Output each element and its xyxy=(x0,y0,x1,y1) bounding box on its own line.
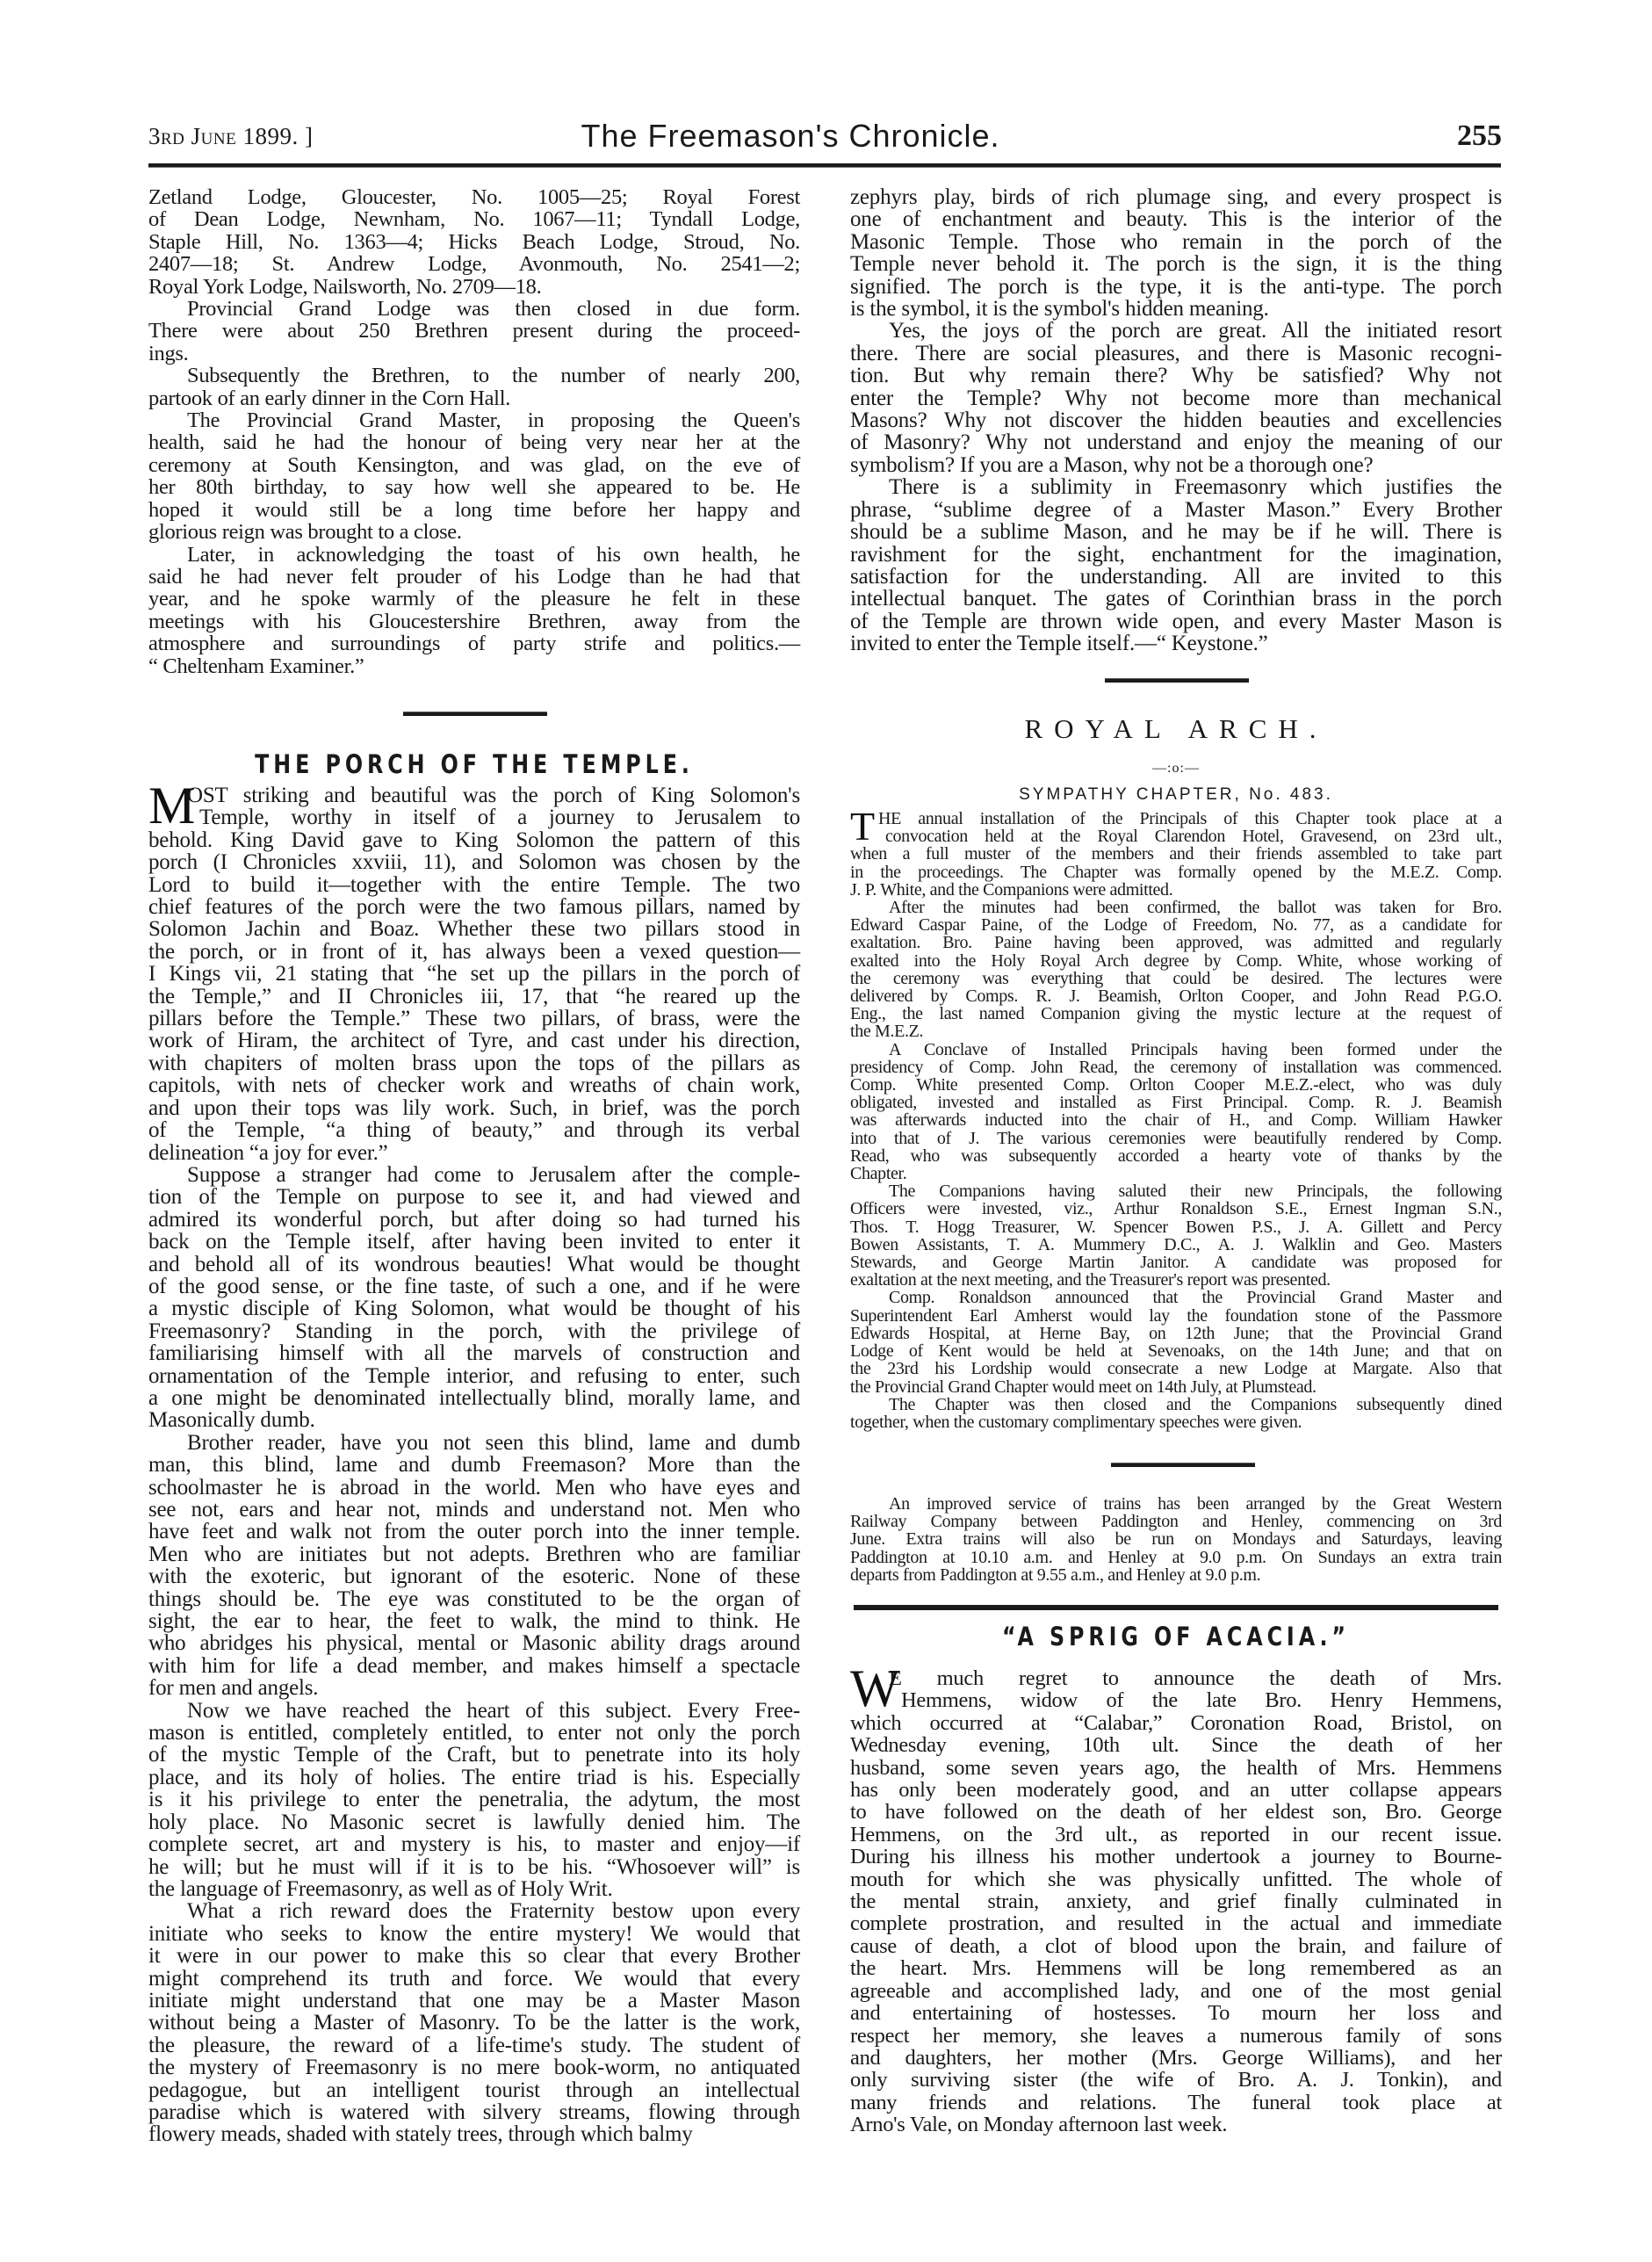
text-line: Royal York Lodge, Nailsworth, No. 2709—1… xyxy=(148,276,800,298)
text-line: E much regret to announce the death of M… xyxy=(850,1667,1502,1689)
text-line: might comprehend its truth and force. We… xyxy=(148,1968,800,1990)
text-line: initiate might understand that one may b… xyxy=(148,1990,800,2012)
text-line: The Companions having saluted their new … xyxy=(850,1182,1502,1200)
text-line: Masons? Why not discover the hidden beau… xyxy=(850,409,1502,431)
text-line: OST striking and beautiful was the porch… xyxy=(148,784,800,806)
text-line: many friends and relations. The funeral … xyxy=(850,2092,1502,2114)
text-line: with chapiters of molten brass upon the … xyxy=(148,1052,800,1074)
text-line: the M.E.Z. xyxy=(850,1023,1502,1040)
text-line: 2407—18; St. Andrew Lodge, Avonmouth, No… xyxy=(148,253,800,275)
text-line: J. P. White, and the Companions were adm… xyxy=(850,881,1502,899)
text-line: cause of death, a clot of blood upon the… xyxy=(850,1935,1502,1957)
text-line: “ Cheltenham Examiner.” xyxy=(148,655,800,677)
text-line: health, said he had the honour of being … xyxy=(148,431,800,453)
text-line: year, and he spoke warmly of the pleasur… xyxy=(148,588,800,610)
text-line: delineation “a joy for ever.” xyxy=(148,1142,800,1164)
lodge-report-continued: Zetland Lodge, Gloucester, No. 1005—25; … xyxy=(148,186,800,677)
text-line: pedagogue, but an intelligent tourist th… xyxy=(148,2079,800,2101)
royal-arch-lines: HE annual installation of the Principals… xyxy=(850,810,1502,1431)
text-line: into that of J. The various ceremonies w… xyxy=(850,1130,1502,1147)
publication-title: The Freemason's Chronicle. xyxy=(562,118,1019,155)
text-line: Arno's Vale, on Monday afternoon last we… xyxy=(850,2114,1502,2136)
text-line: porch (I Chronicles xxviii, 11), and Sol… xyxy=(148,851,800,873)
text-line: tion of the Temple on purpose to see it,… xyxy=(148,1186,800,1208)
text-line: An improved service of trains has been a… xyxy=(850,1495,1502,1513)
text-line: who abridges his physical, mental or Mas… xyxy=(148,1632,800,1654)
text-line: and upon their tops was lily work. Such,… xyxy=(148,1097,800,1119)
subheading-sympathy-chapter: SYMPATHY CHAPTER, No. 483. xyxy=(850,785,1502,805)
text-line: and daughters, her mother (Mrs. George W… xyxy=(850,2047,1502,2069)
text-line: Bowen Assistants, T. A. Mummery D.C., A.… xyxy=(850,1236,1502,1254)
section-rule-thick xyxy=(854,1605,1498,1610)
drop-cap: M xyxy=(148,779,195,832)
text-line: for men and angels. xyxy=(148,1677,800,1699)
text-line: ceremony at South Kensington, and was gl… xyxy=(148,454,800,476)
text-line: complete secret, art and mystery is his,… xyxy=(148,1833,800,1855)
text-line: Officers were invested, viz., Arthur Ron… xyxy=(850,1200,1502,1218)
text-line: and behold all of its wondrous beauties!… xyxy=(148,1254,800,1276)
text-line: I Kings vii, 21 stating that “he set up … xyxy=(148,963,800,985)
text-line: During his illness his mother undertook … xyxy=(850,1846,1502,1868)
text-line: Read, who was subsequently accorded a he… xyxy=(850,1147,1502,1165)
ornament-divider: —:o:— xyxy=(850,761,1502,777)
text-line: Wednesday evening, 10th ult. Since the d… xyxy=(850,1734,1502,1756)
text-line: of Masonry? Why not understand and enjoy… xyxy=(850,431,1502,453)
text-line: with him for life a dead member, and mak… xyxy=(148,1655,800,1677)
text-line: the language of Freemasonry, as well as … xyxy=(148,1878,800,1900)
text-line: to have followed on the death of her eld… xyxy=(850,1801,1502,1823)
text-line: the Provincial Grand Chapter would meet … xyxy=(850,1378,1502,1396)
text-line: Lodge of Kent would be held at Sevenoaks… xyxy=(850,1342,1502,1360)
text-line: Paddington at 10.10 a.m. and Henley at 9… xyxy=(850,1549,1502,1566)
text-line: glorious reign was brought to a close. xyxy=(148,521,800,543)
text-line: of Dean Lodge, Newnham, No. 1067—11; Tyn… xyxy=(148,208,800,230)
text-line: Zetland Lodge, Gloucester, No. 1005—25; … xyxy=(148,186,800,208)
text-line: flowery meads, shaded with stately trees… xyxy=(148,2123,800,2145)
text-line: intellectual banquet. The gates of Corin… xyxy=(850,588,1502,610)
section-heading-royal-arch: ROYAL ARCH. xyxy=(850,713,1502,745)
article-heading-acacia: “A SPRIG OF ACACIA.” xyxy=(909,1622,1443,1651)
text-line: Edward Caspar Paine, of the Lodge of Fre… xyxy=(850,916,1502,934)
porch-article-lines: OST striking and beautiful was the porch… xyxy=(148,784,800,2146)
text-line: familiarising himself with all the marve… xyxy=(148,1342,800,1364)
header-rule xyxy=(148,163,1501,168)
text-line: there. There are social pleasures, and t… xyxy=(850,343,1502,365)
text-line: Superintendent Earl Amherst would lay th… xyxy=(850,1307,1502,1325)
text-line: and entertaining of hostesses. To mourn … xyxy=(850,2002,1502,2024)
obituary-lines: E much regret to announce the death of M… xyxy=(850,1667,1502,2136)
text-line: the porch, or in front of it, has always… xyxy=(148,941,800,963)
text-line: enter the Temple? Why not become more th… xyxy=(850,387,1502,409)
text-line: back on the Temple itself, after having … xyxy=(148,1231,800,1253)
text-line: paradise which is watered with silvery s… xyxy=(148,2101,800,2123)
text-line: Now we have reached the heart of this su… xyxy=(148,1700,800,1722)
text-line: place, and its holy of holies. The entir… xyxy=(148,1767,800,1789)
porch-article-continued: zephyrs play, birds of rich plumage sing… xyxy=(850,186,1502,655)
text-line: Masonic Temple. Those who remain in the … xyxy=(850,231,1502,253)
text-line: There is a sublimity in Freemasonry whic… xyxy=(850,476,1502,498)
drop-cap: T xyxy=(850,806,875,847)
text-line: should be a sublime Mason, and he may be… xyxy=(850,521,1502,543)
text-line: mouth for which she was physically unfit… xyxy=(850,1868,1502,1890)
text-line: What a rich reward does the Fraternity b… xyxy=(148,1900,800,1922)
text-line: hoped it would still be a long time befo… xyxy=(148,499,800,521)
text-line: exaltation. Bro. Paine having been appro… xyxy=(850,934,1502,951)
text-line: meetings with his Gloucestershire Brethr… xyxy=(148,611,800,632)
text-line: man, this blind, lame and dumb Freemason… xyxy=(148,1454,800,1476)
text-line: Men who are initiates but not adepts. Br… xyxy=(148,1543,800,1565)
text-line: behold. King David gave to King Solomon … xyxy=(148,829,800,851)
text-line: together, when the customary complimenta… xyxy=(850,1413,1502,1431)
obituary-body: W E much regret to announce the death of… xyxy=(850,1667,1502,2136)
text-line: have feet and walk not from the outer po… xyxy=(148,1521,800,1543)
text-line: the 23rd his Lordship would consecrate a… xyxy=(850,1360,1502,1377)
text-line: A Conclave of Installed Principals havin… xyxy=(850,1041,1502,1059)
text-line: complete prostration, and resulted in th… xyxy=(850,1912,1502,1934)
text-line: pillars before the Temple.” These two pi… xyxy=(148,1008,800,1030)
text-line: HE annual installation of the Principals… xyxy=(850,810,1502,827)
text-line: initiate who seeks to know the entire my… xyxy=(148,1923,800,1945)
text-line: the pleasure, the reward of a life-time'… xyxy=(148,2034,800,2056)
text-line: is it his privilege to enter the penetra… xyxy=(148,1789,800,1810)
text-line: is the symbol, it is the symbol's hidden… xyxy=(850,298,1502,320)
text-line: ravishment for the sight, enchantment fo… xyxy=(850,544,1502,566)
text-line: with the exoteric, but ignorant of the e… xyxy=(148,1565,800,1587)
text-line: tion. But why remain there? Why be satis… xyxy=(850,365,1502,387)
text-line: Provincial Grand Lodge was then closed i… xyxy=(148,298,800,320)
text-line: he will; but he must will if it is to be… xyxy=(148,1856,800,1878)
text-line: in the proceedings. The Chapter was form… xyxy=(850,864,1502,881)
text-line: schoolmaster he is abroad in the world. … xyxy=(148,1477,800,1499)
text-line: was afterwards inducted into the chair o… xyxy=(850,1111,1502,1129)
text-line: respect her memory, she leaves a numerou… xyxy=(850,2025,1502,2047)
text-line: the mystery of Freemasonry is no mere bo… xyxy=(148,2056,800,2078)
text-line: which occurred at “Calabar,” Coronation … xyxy=(850,1712,1502,1734)
text-line: of the Temple, “a thing of beauty,” and … xyxy=(148,1119,800,1141)
text-line: one of enchantment and beauty. This is t… xyxy=(850,208,1502,230)
text-line: only surviving sister (the wife of Bro. … xyxy=(850,2069,1502,2091)
text-line: signified. The porch is the type, it is … xyxy=(850,276,1502,298)
text-line: invited to enter the Temple itself.—“ Ke… xyxy=(850,632,1502,654)
text-line: Temple never behold it. The porch is the… xyxy=(850,253,1502,275)
text-line: Hemmens, widow of the late Bro. Henry He… xyxy=(850,1689,1502,1711)
porch-article-body: M OST striking and beautiful was the por… xyxy=(148,784,800,2146)
text-line: without being a Master of Masonry. To be… xyxy=(148,2012,800,2034)
text-line: mason is entitled, completely entitled, … xyxy=(148,1722,800,1744)
text-line: Suppose a stranger had come to Jerusalem… xyxy=(148,1164,800,1186)
text-line: chief features of the porch were the two… xyxy=(148,896,800,918)
text-line: June. Extra trains will also be run on M… xyxy=(850,1530,1502,1548)
text-line: Temple, worthy in itself of a journey to… xyxy=(148,806,800,828)
text-line: said he had never felt prouder of his Lo… xyxy=(148,566,800,588)
text-line: Stewards, and George Martin Janitor. A c… xyxy=(850,1254,1502,1271)
text-line: it were in our power to make this so cle… xyxy=(148,1945,800,1967)
text-line: Yes, the joys of the porch are great. Al… xyxy=(850,320,1502,342)
text-line: sight, the ear to hear, the feet to walk… xyxy=(148,1610,800,1632)
text-line: Chapter. xyxy=(850,1165,1502,1182)
text-line: capitols, with nets of checker work and … xyxy=(148,1074,800,1096)
text-line: zephyrs play, birds of rich plumage sing… xyxy=(850,186,1502,208)
text-line: agreeable and accomplished lady, and one… xyxy=(850,1980,1502,2002)
text-line: Staple Hill, No. 1363—4; Hicks Beach Lod… xyxy=(148,231,800,253)
text-line: Eng., the last named Companion giving th… xyxy=(850,1005,1502,1023)
text-line: Masonically dumb. xyxy=(148,1409,800,1431)
text-line: atmosphere and surroundings of party str… xyxy=(148,632,800,654)
text-line: a one might be denominated intellectuall… xyxy=(148,1387,800,1409)
text-line: After the minutes had been confirmed, th… xyxy=(850,899,1502,916)
text-line: convocation held at the Royal Clarendon … xyxy=(850,827,1502,845)
royal-arch-report: T HE annual installation of the Principa… xyxy=(850,810,1502,1431)
section-divider xyxy=(1105,678,1249,683)
text-line: symbolism? If you are a Mason, why not b… xyxy=(850,454,1502,476)
text-line: the ceremony was everything that could b… xyxy=(850,970,1502,987)
text-line: Solomon Jachin and Boaz. Whether these t… xyxy=(148,918,800,940)
text-line: Later, in acknowledging the toast of his… xyxy=(148,544,800,566)
text-line: her 80th birthday, to say how well she a… xyxy=(148,476,800,498)
text-line: The Chapter was then closed and the Comp… xyxy=(850,1396,1502,1413)
text-line: the heart. Mrs. Hemmens will be long rem… xyxy=(850,1957,1502,1979)
text-line: when a full muster of the members and th… xyxy=(850,845,1502,863)
section-divider xyxy=(403,712,547,716)
text-line: Brother reader, have you not seen this b… xyxy=(148,1432,800,1454)
text-line: Hemmens, on the 3rd ult., as reported in… xyxy=(850,1824,1502,1846)
section-divider xyxy=(1111,1463,1255,1467)
text-line: work of Hiram, the architect of Tyre, an… xyxy=(148,1030,800,1052)
article-heading-porch: THE PORCH OF THE TEMPLE. xyxy=(207,749,741,779)
text-line: partook of an early dinner in the Corn H… xyxy=(148,387,800,409)
text-line: Lord to build it—together with the entir… xyxy=(148,874,800,896)
text-line: The Provincial Grand Master, in proposin… xyxy=(148,409,800,431)
text-line: Comp. Ronaldson announced that the Provi… xyxy=(850,1289,1502,1306)
drop-cap: W xyxy=(850,1662,899,1715)
text-line: satisfaction for the understanding. All … xyxy=(850,566,1502,588)
text-line: ings. xyxy=(148,343,800,365)
text-line: the mental strain, anxiety, and grief fi… xyxy=(850,1890,1502,1912)
text-line: Comp. White presented Comp. Orlton Coope… xyxy=(850,1076,1502,1094)
text-line: phrase, “sublime degree of a Master Maso… xyxy=(850,499,1502,521)
text-line: departs from Paddington at 9.55 a.m., an… xyxy=(850,1566,1502,1584)
text-line: exaltation at the next meeting, and the … xyxy=(850,1271,1502,1289)
text-line: has only been moderately good, and an ut… xyxy=(850,1779,1502,1801)
text-line: Thos. T. Hogg Treasurer, W. Spencer Bowe… xyxy=(850,1218,1502,1236)
text-line: see not, ears and hear not, minds and un… xyxy=(148,1499,800,1521)
text-line: delivered by Comps. R. J. Beamish, Orlto… xyxy=(850,987,1502,1005)
text-line: Edwards Hospital, at Herne Bay, on 12th … xyxy=(850,1325,1502,1342)
text-line: admired its wonderful porch, but after d… xyxy=(148,1209,800,1231)
text-line: things should be. The eye was constitute… xyxy=(148,1588,800,1610)
text-line: husband, some seven years ago, the healt… xyxy=(850,1757,1502,1779)
train-service-notice: An improved service of trains has been a… xyxy=(850,1495,1502,1584)
page-number: 255 xyxy=(1432,119,1502,153)
text-line: holy place. No Masonic secret is lawfull… xyxy=(148,1811,800,1833)
text-line: Railway Company between Paddington and H… xyxy=(850,1513,1502,1530)
issue-date: 3rd June 1899. ] xyxy=(148,123,313,150)
text-line: a mystic disciple of King Solomon, what … xyxy=(148,1297,800,1319)
text-line: of the Temple are thrown wide open, and … xyxy=(850,611,1502,632)
text-line: ornamentation of the Temple interior, an… xyxy=(148,1365,800,1387)
text-line: exalted into the Holy Royal Arch degree … xyxy=(850,952,1502,970)
text-line: obligated, invested and installed as Fir… xyxy=(850,1094,1502,1111)
text-line: There were about 250 Brethren present du… xyxy=(148,320,800,342)
text-line: Freemasonry? Standing in the porch, with… xyxy=(148,1320,800,1342)
text-line: the Temple,” and II Chronicles iii, 17, … xyxy=(148,986,800,1008)
text-line: Subsequently the Brethren, to the number… xyxy=(148,365,800,387)
text-line: of the good sense, or the fine taste, of… xyxy=(148,1276,800,1297)
text-line: of the mystic Temple of the Craft, but t… xyxy=(148,1744,800,1766)
text-line: presidency of Comp. John Read, the cerem… xyxy=(850,1059,1502,1076)
